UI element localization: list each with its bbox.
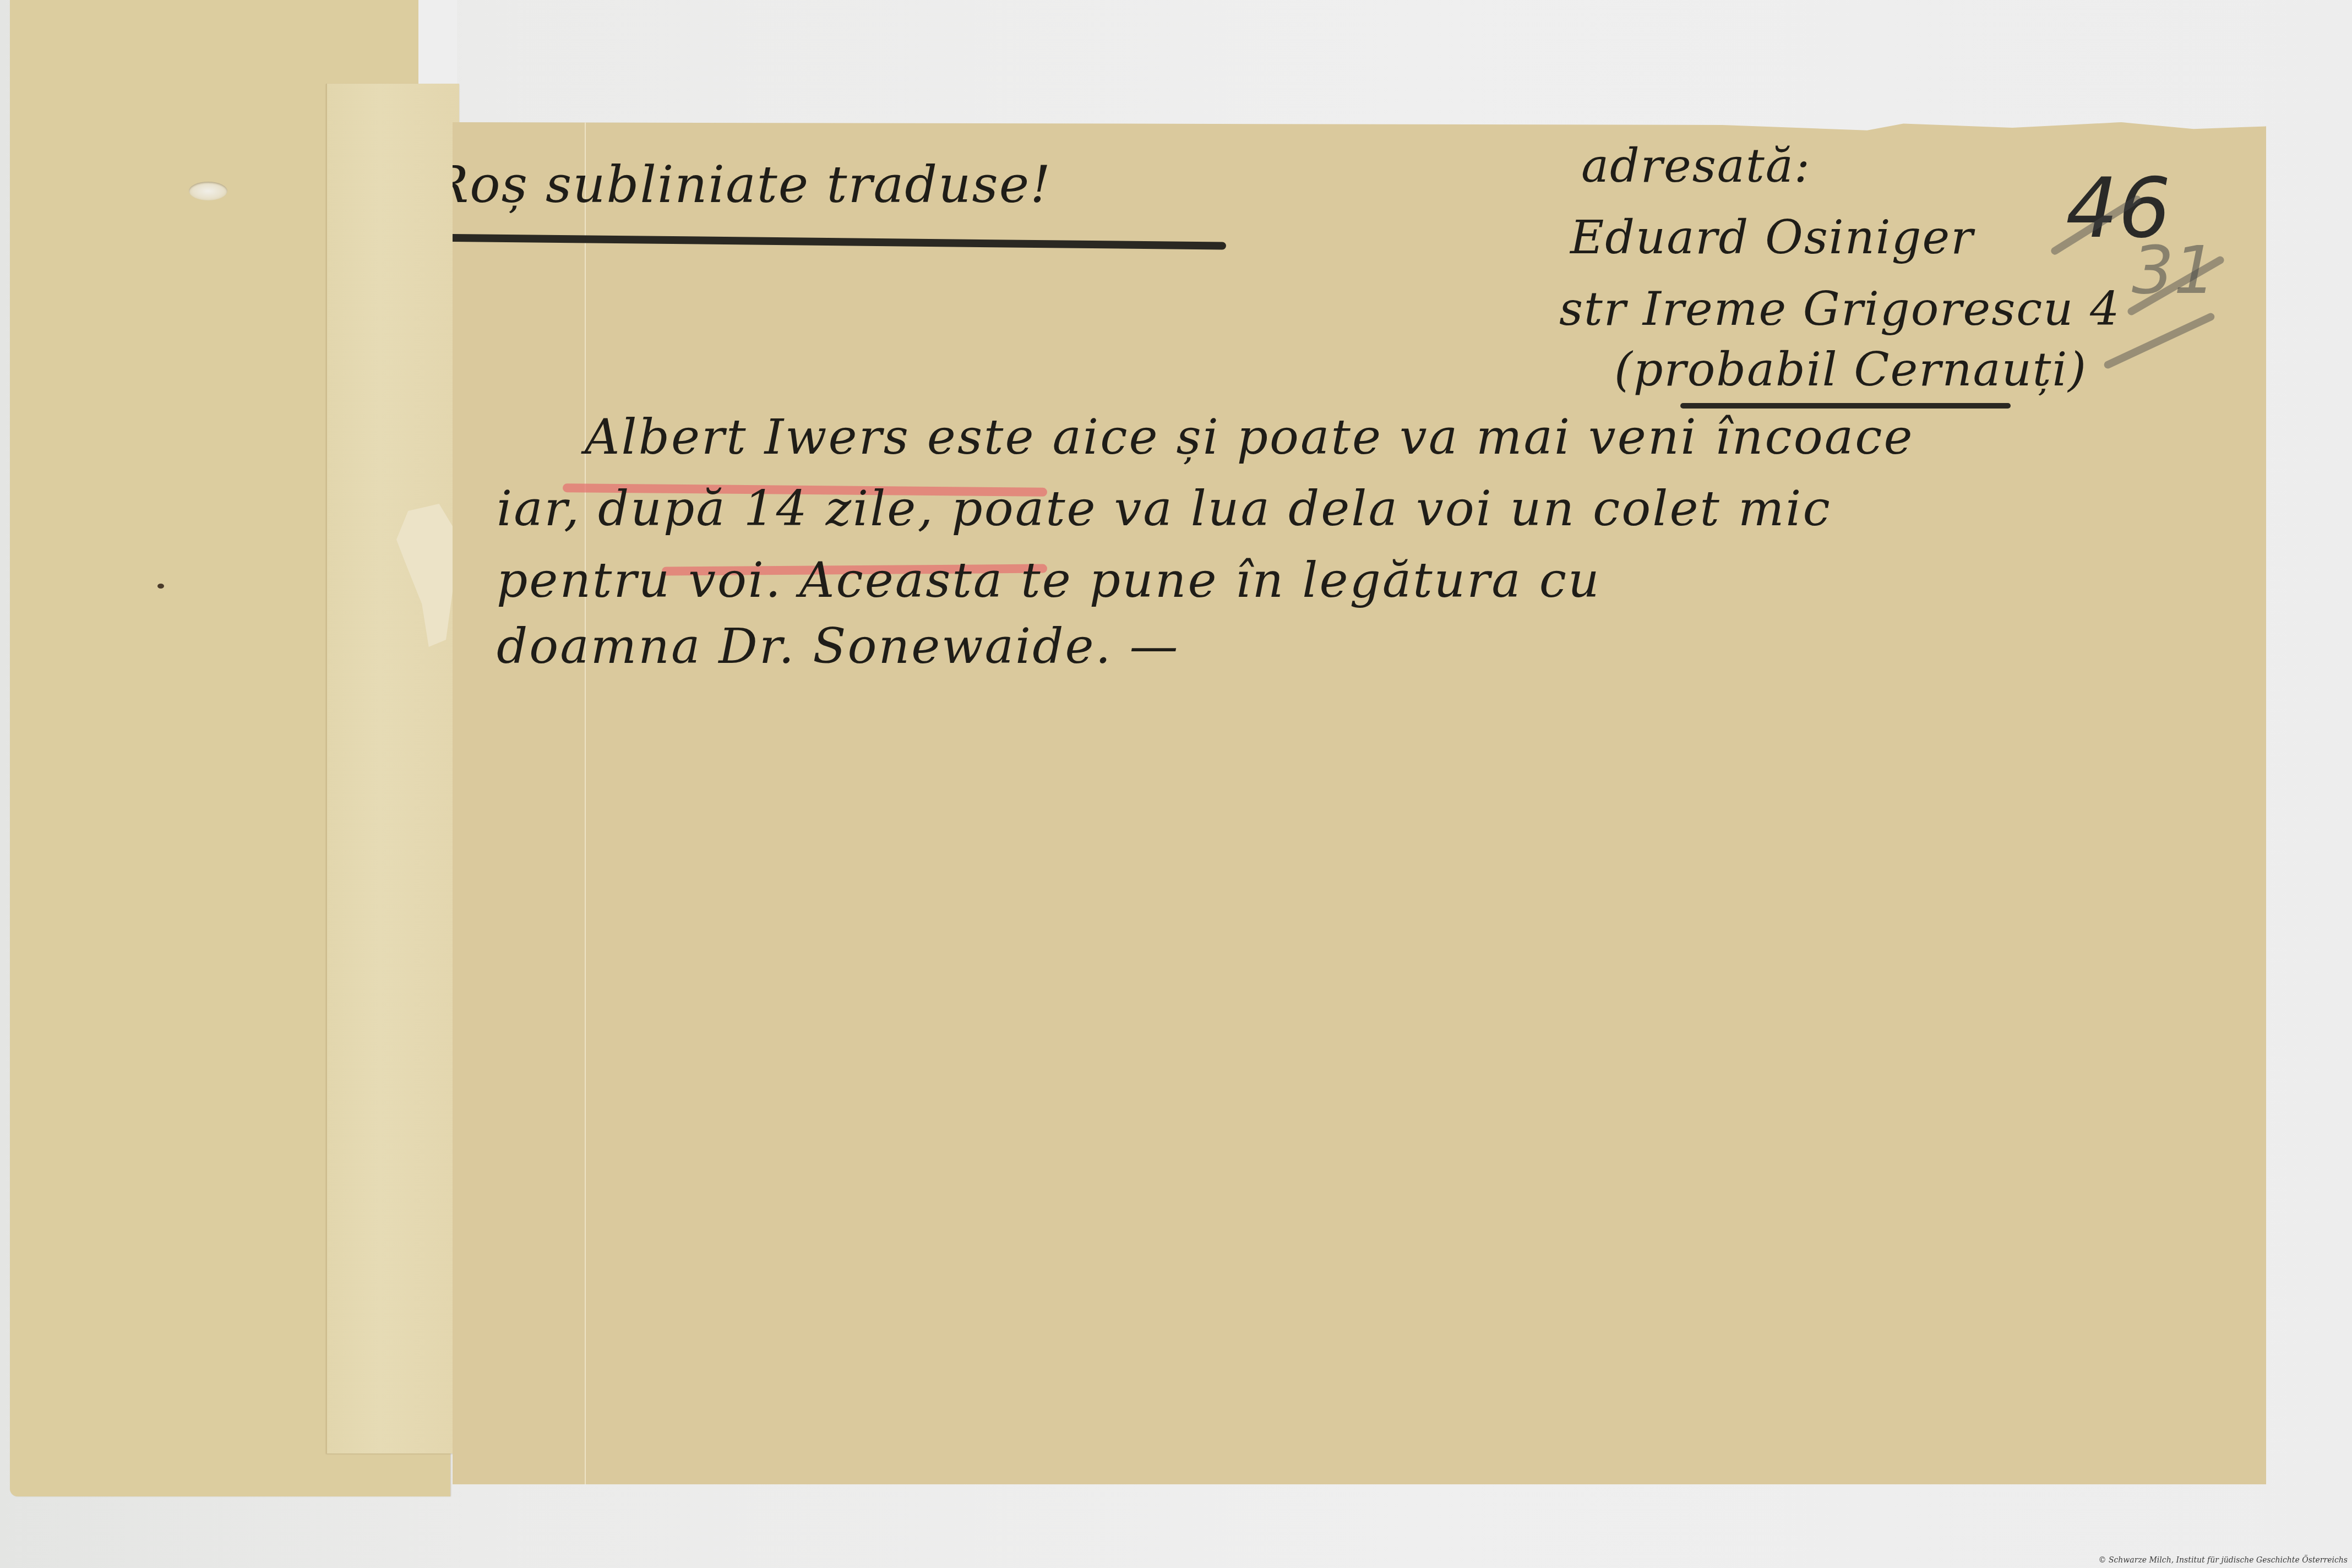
punch-hole — [189, 182, 227, 200]
heading-underline — [428, 233, 1226, 249]
background-gap — [418, 0, 457, 84]
ink-dot-mark — [157, 584, 164, 589]
address-name: Eduard Osiniger — [1570, 210, 1974, 264]
copyright-notice: © Schwarze Milch, Institut für jüdische … — [2098, 1556, 2348, 1565]
address-note: (probabil Cernauți) — [1614, 342, 2087, 396]
handwritten-note: Roș subliniate traduse! adresată: Eduard… — [453, 122, 2266, 1484]
body-line: pentru voi. Aceasta te pune în legătura … — [497, 552, 1601, 608]
document-scan: Roș subliniate traduse! adresată: Eduard… — [0, 0, 2352, 1568]
paper-fold-line — [585, 122, 586, 1484]
body-line: iar, după 14 zile, poate va lua dela voi… — [497, 480, 1832, 537]
note-heading: Roș subliniate traduse! — [431, 155, 1052, 214]
address-street: str Ireme Grigorescu 4 — [1559, 282, 2121, 336]
address-note-underline — [1680, 403, 2011, 409]
body-line: doamna Dr. Sonewaide. — — [497, 618, 1180, 674]
body-line: Albert Iwers este aice și poate va mai v… — [585, 409, 1914, 465]
address-label: adresată: — [1581, 139, 1811, 193]
hinge-strip — [326, 84, 459, 1453]
